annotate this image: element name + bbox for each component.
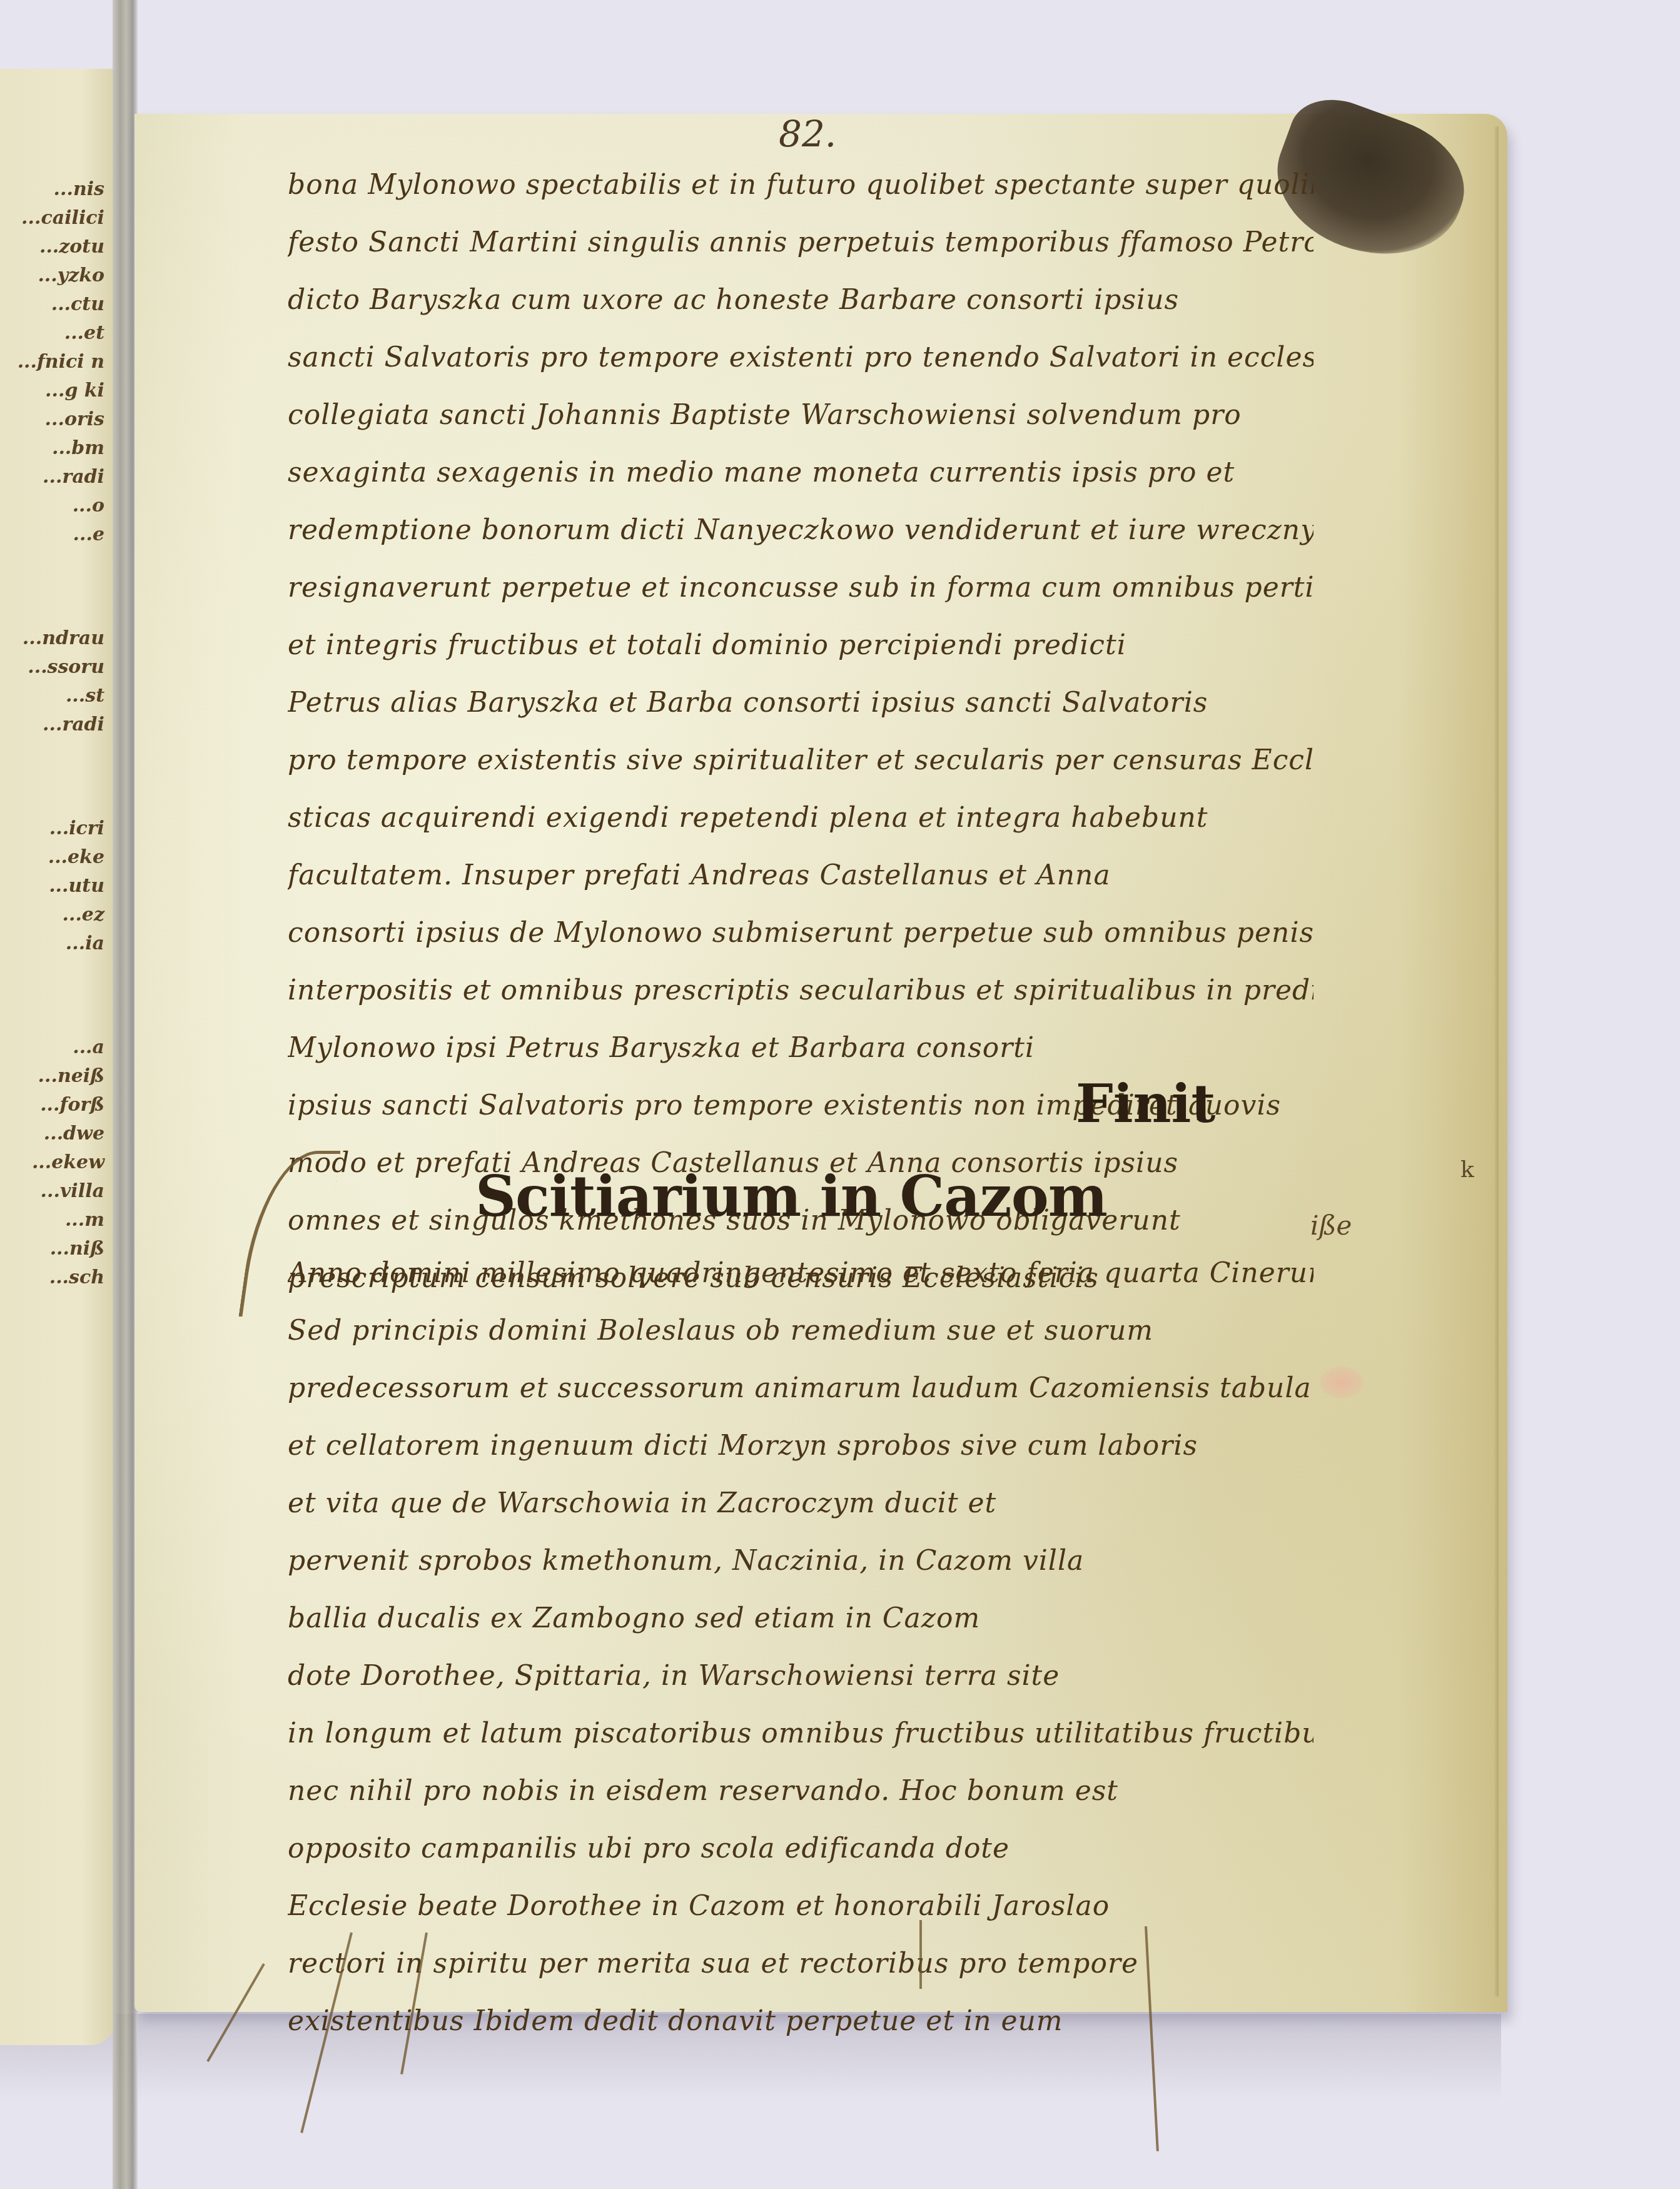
pen-flourish — [919, 1920, 922, 1989]
left-line-ending: ...radi — [0, 463, 109, 492]
text-line: Ecclesie beate Dorothee in Cazom et hono… — [288, 1878, 1313, 1935]
left-line-ending: ...niß — [0, 1235, 109, 1263]
main-text-block: bona Mylonowo spectabilis et in futuro q… — [288, 156, 1313, 1307]
text-line: dote Dorothee, Spittaria, in Warschowien… — [288, 1647, 1313, 1705]
text-line: opposito campanilis ubi pro scola edific… — [288, 1820, 1313, 1878]
text-line: sancti Salvatoris pro tempore existenti … — [288, 329, 1313, 387]
left-line-ending: ...e — [0, 520, 109, 549]
marginal-note: iße — [1310, 1210, 1352, 1241]
left-page-fragment: ...nis ...cailici ...zotu ...yzko ...ctu… — [0, 69, 116, 2045]
text-line: sexaginta sexagenis in medio mane moneta… — [288, 444, 1313, 502]
text-line: ballia ducalis ex Zambogno sed etiam in … — [288, 1590, 1313, 1647]
edge-mark: k — [1460, 1157, 1474, 1183]
text-line: in longum et latum piscatoribus omnibus … — [288, 1705, 1313, 1762]
text-line: et cellatorem ingenuum dicti Morzyn spro… — [288, 1417, 1313, 1475]
left-line-ending: ...villa — [0, 1177, 109, 1206]
left-line-ending: ...a — [0, 1033, 109, 1062]
left-line-ending: ...zotu — [0, 233, 109, 261]
left-line-ending: ...ez — [0, 901, 109, 929]
text-line: sticas acquirendi exigendi repetendi ple… — [288, 789, 1313, 847]
left-line-ending: ...g ki — [0, 377, 109, 405]
text-line: redemptione bonorum dicti Nanyeczkowo ve… — [288, 502, 1313, 559]
left-line-ending: ...ctu — [0, 290, 109, 319]
left-line-ending: ...o — [0, 492, 109, 520]
left-line-ending: ...ia — [0, 929, 109, 958]
left-page-line-endings: ...nis ...cailici ...zotu ...yzko ...ctu… — [0, 175, 109, 1292]
left-line-ending: ...eke — [0, 843, 109, 872]
left-line-ending: ...fnici n — [0, 348, 109, 377]
text-line: Mylonowo ipsi Petrus Baryszka et Barbara… — [288, 1019, 1313, 1077]
left-line-ending: ...forß — [0, 1091, 109, 1120]
left-line-ending: ...sch — [0, 1263, 109, 1292]
section-text-block: Anno domini millesimo quadringentesimo e… — [288, 1245, 1313, 2050]
text-line: festo Sancti Martini singulis annis perp… — [288, 214, 1313, 271]
text-line: pervenit sprobos kmethonum, Naczinia, in… — [288, 1532, 1313, 1590]
text-line: dicto Baryszka cum uxore ac honeste Barb… — [288, 271, 1313, 329]
left-line-ending: ...st — [0, 682, 109, 710]
section-heading: Scitiarium in Cazom — [475, 1163, 1107, 1230]
left-line-ending: ...ekew — [0, 1148, 109, 1177]
left-line-ending: ...oris — [0, 405, 109, 434]
left-line-ending: ...ndrau — [0, 624, 109, 653]
left-line-ending: ...yzko — [0, 261, 109, 290]
text-line: predecessorum et successorum animarum la… — [288, 1360, 1313, 1417]
left-line-ending: ...cailici — [0, 204, 109, 233]
text-line: facultatem. Insuper prefati Andreas Cast… — [288, 847, 1313, 904]
text-line: pro tempore existentis sive spiritualite… — [288, 732, 1313, 789]
finit-mark: Finit — [1076, 1073, 1215, 1135]
text-line: rectori in spiritu per merita sua et rec… — [288, 1935, 1313, 1993]
text-line: collegiata sancti Johannis Baptiste Wars… — [288, 387, 1313, 444]
text-line: et integris fructibus et totali dominio … — [288, 617, 1313, 674]
left-line-ending: ...et — [0, 319, 109, 348]
folio-number: 82. — [779, 113, 836, 155]
text-line: nec nihil pro nobis in eisdem reservando… — [288, 1762, 1313, 1820]
left-line-ending: ...dwe — [0, 1120, 109, 1148]
binding-gutter — [113, 0, 138, 2189]
text-line: consorti ipsius de Mylonowo submiserunt … — [288, 904, 1313, 962]
text-line: Anno domini millesimo quadringentesimo e… — [288, 1245, 1313, 1302]
stain-spot — [1320, 1367, 1364, 1398]
left-line-ending: ...icri — [0, 814, 109, 843]
left-line-ending: ...bm — [0, 434, 109, 463]
text-line: Sed principis domini Boleslaus ob remedi… — [288, 1302, 1313, 1360]
text-line: bona Mylonowo spectabilis et in futuro q… — [288, 156, 1313, 214]
text-line: resignaverunt perpetue et inconcusse sub… — [288, 559, 1313, 617]
left-line-ending: ...m — [0, 1206, 109, 1235]
text-line: et vita que de Warschowia in Zacroczym d… — [288, 1475, 1313, 1532]
left-line-ending: ...utu — [0, 872, 109, 901]
text-line: interpositis et omnibus prescriptis secu… — [288, 962, 1313, 1019]
left-line-ending: ...radi — [0, 710, 109, 739]
left-line-ending: ...neiß — [0, 1062, 109, 1091]
left-line-ending: ...ssoru — [0, 653, 109, 682]
text-line: existentibus Ibidem dedit donavit perpet… — [288, 1993, 1313, 2050]
text-line: Petrus alias Baryszka et Barba consorti … — [288, 674, 1313, 732]
left-line-ending: ...nis — [0, 175, 109, 204]
